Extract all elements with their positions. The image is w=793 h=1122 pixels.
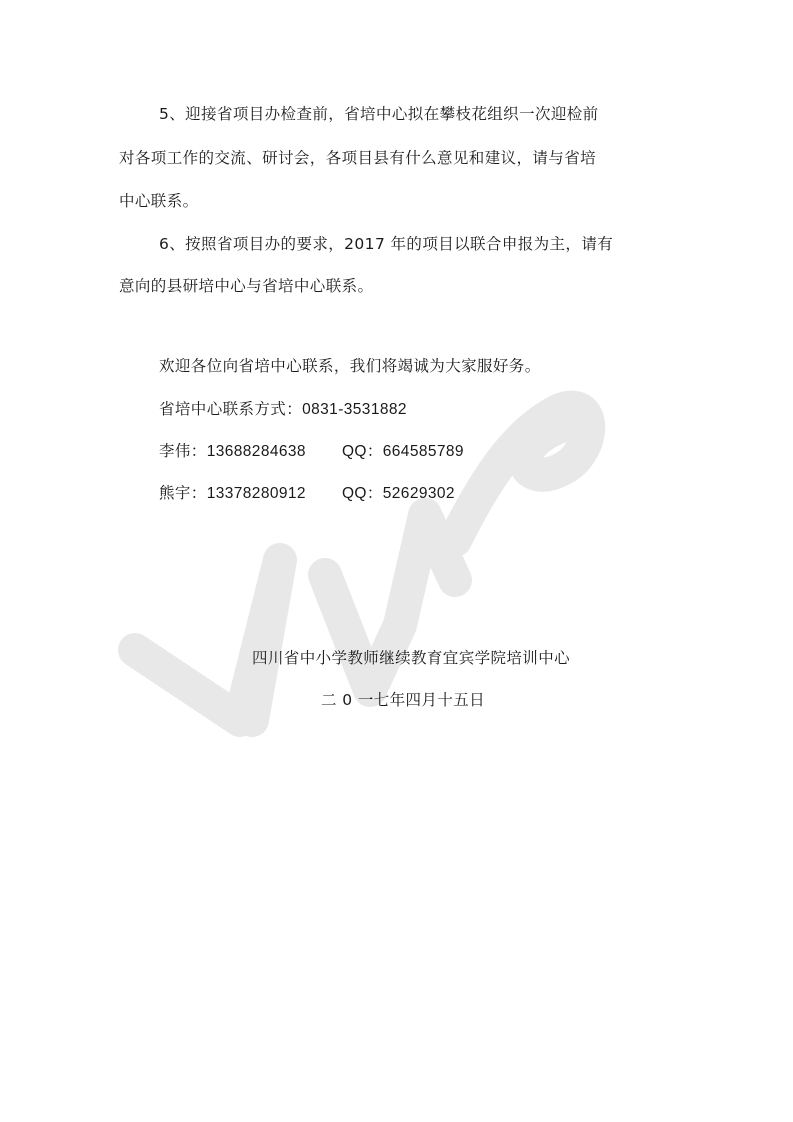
contact-person-2: 熊宇：13378280912QQ：52629302 xyxy=(159,483,455,504)
signature-date: 二 0 一七年四月十五日 xyxy=(321,690,485,710)
welcome-text: 欢迎各位向省培中心联系，我们将竭诚为大家服好务。 xyxy=(159,356,541,376)
paragraph-5-line-2: 对各项工作的交流、研讨会，各项目县有什么意见和建议，请与省培 xyxy=(119,148,596,168)
person-phone: 13378280912 xyxy=(207,485,306,502)
person-phone: 13688284638 xyxy=(207,443,306,460)
office-contact: 省培中心联系方式：0831-3531882 xyxy=(159,399,407,420)
office-phone: 0831-3531882 xyxy=(302,401,407,418)
paragraph-6-line-1: 6、按照省项目办的要求，2017 年的项目以联合申报为主，请有 xyxy=(159,234,613,254)
qq-number: 664585789 xyxy=(383,443,464,460)
paragraph-5-line-1: 5、迎接省项目办检查前，省培中心拟在攀枝花组织一次迎检前 xyxy=(159,104,599,124)
qq-label: QQ： xyxy=(342,443,383,460)
contact-person-1: 李伟：13688284638QQ：664585789 xyxy=(159,441,464,462)
paragraph-6-line-2: 意向的县研培中心与省培中心联系。 xyxy=(119,276,373,296)
qq-number: 52629302 xyxy=(383,485,455,502)
signature-organization: 四川省中小学教师继续教育宜宾学院培训中心 xyxy=(252,648,570,668)
document-page: 5、迎接省项目办检查前，省培中心拟在攀枝花组织一次迎检前 对各项工作的交流、研讨… xyxy=(0,0,793,1122)
qq-label: QQ： xyxy=(342,485,383,502)
office-contact-label: 省培中心联系方式： xyxy=(159,400,302,418)
person-name: 熊宇： xyxy=(159,484,207,502)
paragraph-5-line-3: 中心联系。 xyxy=(119,191,199,211)
person-name: 李伟： xyxy=(159,442,207,460)
